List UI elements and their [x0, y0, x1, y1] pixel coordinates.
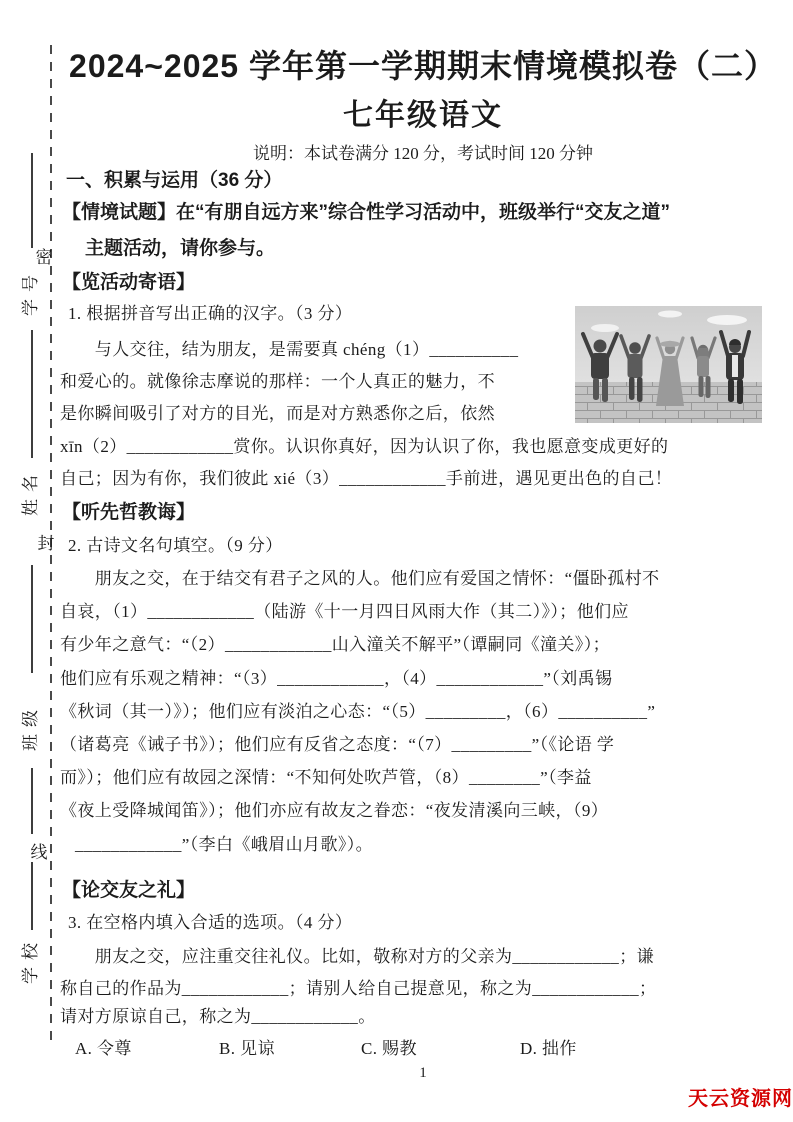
seal-char-feng: 封 — [36, 529, 56, 554]
field-label-school: 学校 — [16, 922, 38, 998]
q3-option-c: C. 赐教 — [361, 1038, 417, 1059]
q1-stem: 1. 根据拼音写出正确的汉字。（3 分） — [68, 303, 352, 324]
page-subtitle: 七年级语文 — [58, 97, 788, 135]
student-id-blank-line — [31, 153, 33, 248]
q2-line-6: （诸葛亮《诫子书》）；他们应有反省之态度：“（7）_________”（《论语 … — [60, 734, 614, 755]
page-title: 2024~2025 学年第一学期期末情境模拟卷（二） — [58, 46, 788, 86]
q1-line-4: xīn（2）____________赏你。认识你真好，因为认识了你，我也愿意变成… — [60, 436, 668, 457]
name-blank-line — [31, 330, 33, 458]
q1-line-1: 与人交往，结为朋友，是需要真 chéng（1）__________ — [60, 339, 518, 360]
q1-line-5: 自己；因为有你，我们彼此 xié（3）____________手前进，遇见更出色… — [60, 468, 672, 489]
q3-stem: 3. 在空格内填入合适的选项。（4 分） — [68, 912, 352, 933]
exam-note: 说明：本试卷满分 120 分，考试时间 120 分钟 — [58, 143, 788, 164]
q2-line-2: 自哀，（1）____________（陆游《十一月四日风雨大作（其二）》）；他们… — [60, 601, 629, 622]
q1-activity-tag: 【览活动寄语】 — [62, 271, 195, 295]
q3-option-d: D. 拙作 — [520, 1038, 577, 1059]
q2-line-8: 《夜上受降城闻笛》）；他们亦应有故友之眷恋：“夜发清溪向三峡，（9） — [60, 800, 608, 821]
q3-options-row: A. 令尊 B. 见谅 C. 赐教 D. 拙作 — [58, 1038, 788, 1062]
class-blank-line — [31, 565, 33, 673]
scenario-intro-line-2: 主题活动，请你参与。 — [85, 237, 275, 261]
exam-content: 2024~2025 学年第一学期期末情境模拟卷（二） 七年级语文 说明：本试卷满… — [58, 0, 788, 1122]
q3-activity-tag: 【论交友之礼】 — [62, 879, 195, 903]
field-label-name: 姓名 — [16, 454, 38, 530]
section-1-heading: 一、积累与运用（36 分） — [66, 169, 282, 193]
q2-line-9: ____________”（李白《峨眉山月歌》）。 — [75, 834, 373, 855]
q2-stem: 2. 古诗文名句填空。（9 分） — [68, 535, 283, 556]
page-number: 1 — [58, 1064, 788, 1083]
q3-line-3: 请对方原谅自己，称之为____________。 — [60, 1006, 376, 1027]
q2-line-7: 而》）；他们应有故园之深情：“不知何处吹芦管，（8）________”（李益 — [60, 767, 592, 788]
q3-line-1: 朋友之交，应注重交往礼仪。比如，敬称对方的父亲为____________；谦 — [60, 946, 654, 967]
seal-char-mi: 密 — [34, 243, 54, 268]
scenario-intro-line-1: 【情境试题】在“有朋自远方来”综合性学习活动中，班级举行“交友之道” — [62, 201, 670, 225]
school-blank-line-lower — [31, 862, 33, 930]
q2-activity-tag: 【听先哲教诲】 — [62, 501, 195, 525]
q3-option-a: A. 令尊 — [75, 1038, 132, 1059]
exam-paper-page: 学号 姓名 班级 学校 密 封 线 — [0, 0, 793, 1122]
q2-line-1: 朋友之交，在于结交有君子之风的人。他们应有爱国之情怀：“僵卧孤村不 — [60, 568, 660, 589]
field-label-class: 班级 — [16, 689, 38, 765]
watermark: 天云资源网 — [688, 1082, 793, 1111]
q2-line-3: 有少年之意气：“（2）____________山入潼关不解平”（谭嗣同《潼关》）… — [60, 634, 610, 655]
q2-line-5: 《秋词（其一）》）；他们应有淡泊之心态：“（5）_________，（6）___… — [60, 701, 655, 722]
q3-option-b: B. 见谅 — [219, 1038, 275, 1059]
seal-char-xian: 线 — [29, 838, 49, 863]
q3-line-2: 称自己的作品为____________；请别人给自己提意见，称之为_______… — [60, 978, 656, 999]
q1-line-3: 是你瞬间吸引了对方的目光，而是对方熟悉你之后，依然 — [60, 403, 495, 424]
school-blank-line-upper — [31, 768, 33, 834]
q2-line-4: 他们应有乐观之精神：“（3）____________，（4）__________… — [60, 668, 612, 689]
q1-line-2: 和爱心的。就像徐志摩说的那样：一个人真正的魅力，不 — [60, 371, 495, 392]
